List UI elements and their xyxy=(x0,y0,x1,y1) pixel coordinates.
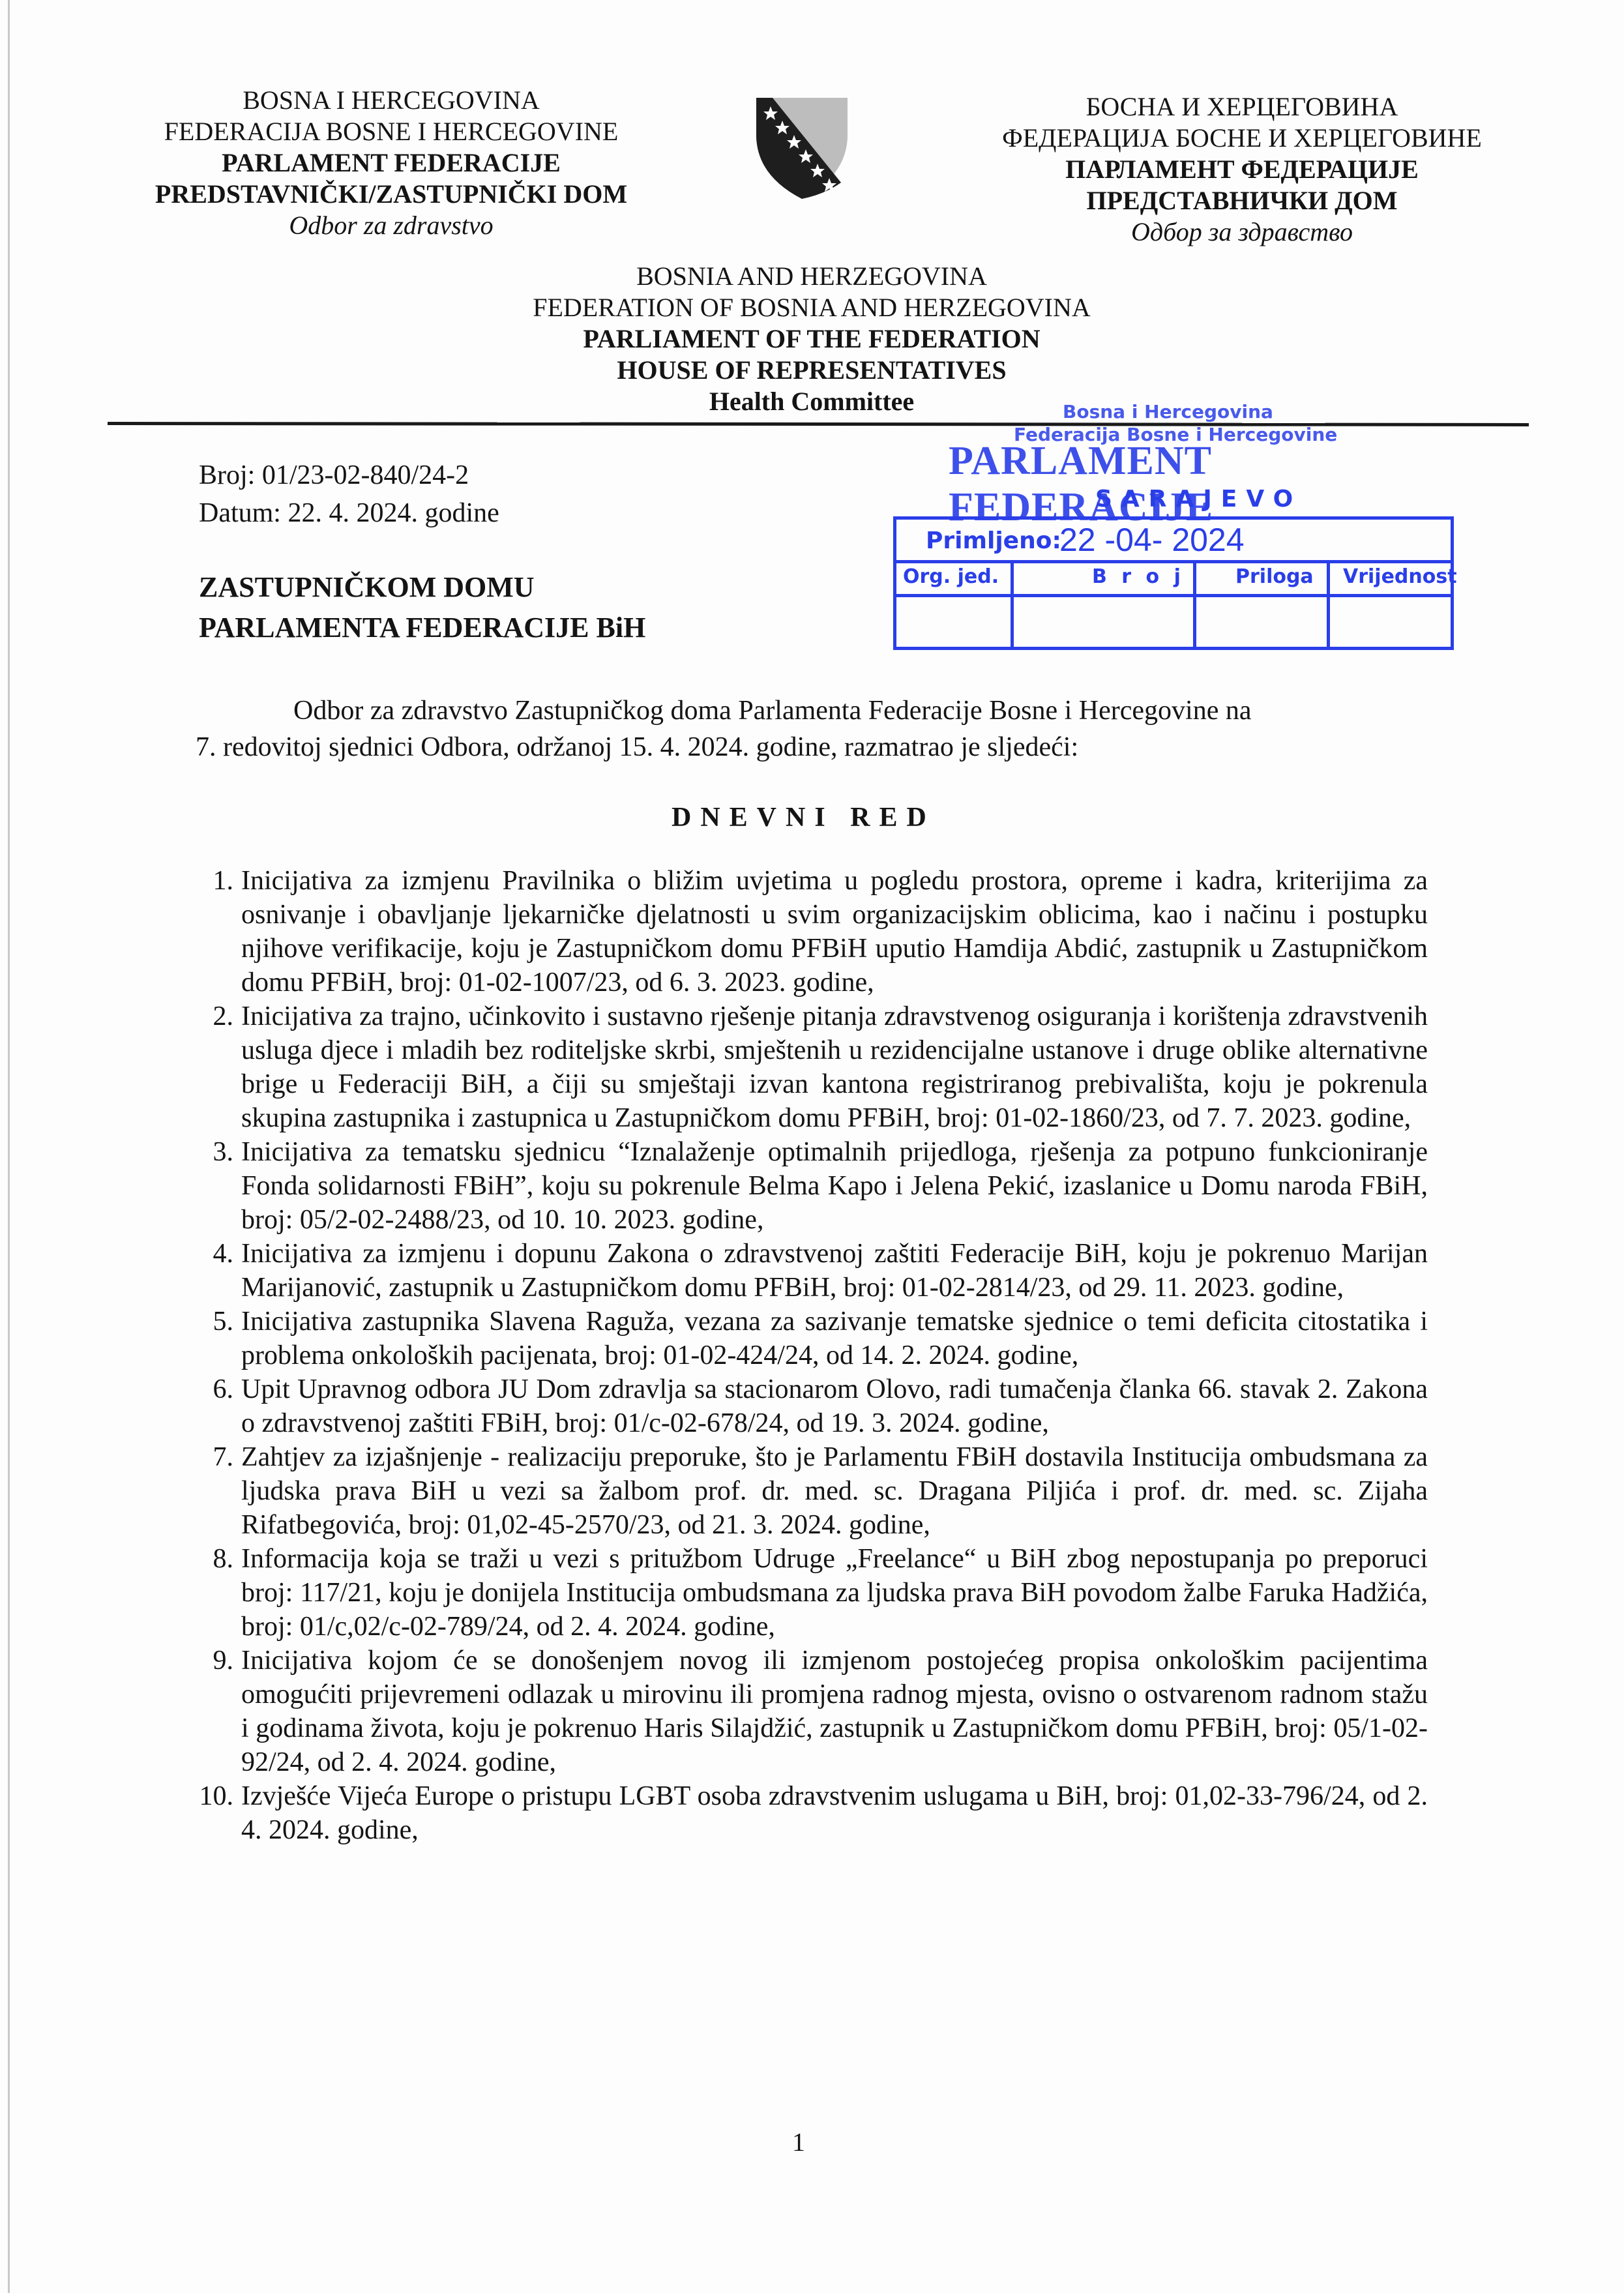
header-right-committee: Одбор за здравство xyxy=(958,216,1526,248)
header-left-committee: Odbor za zdravstvo xyxy=(111,210,672,241)
stamp-received-label: Primljeno: xyxy=(926,527,1061,554)
stamp-received-date: 22 -04- 2024 xyxy=(1059,521,1245,559)
stamp-col-org: Org. jed. xyxy=(903,565,999,588)
stamp-header-row: Org. jed. B r o j Priloga Vrijednost xyxy=(896,560,1451,597)
bih-coat-of-arms-icon xyxy=(743,85,861,202)
stamp-received-row: Primljeno: 22 -04- 2024 xyxy=(896,520,1451,563)
stamp-col-number: B r o j xyxy=(1092,565,1185,588)
header-right-parliament: ПАРЛАМЕНТ ФЕДЕРАЦИЈЕ xyxy=(958,154,1526,185)
header-right-country: БОСНА И ХЕРЦЕГОВИНА xyxy=(958,91,1526,123)
header-right-federation: ФЕДЕРАЦИЈА БОСНЕ И ХЕРЦЕГОВИНЕ xyxy=(958,123,1526,154)
agenda-item: 7.Zahtjev za izjašnjenje - realizaciju p… xyxy=(196,1440,1428,1542)
stamp-city: SARAJEVO xyxy=(1095,486,1302,512)
agenda-item: 6.Upit Upravnog odbora JU Dom zdravlja s… xyxy=(196,1372,1428,1440)
header-center-parliament: PARLIAMENT OF THE FEDERATION xyxy=(424,323,1200,355)
intro-line1: Odbor za zdravstvo Zastupničkog doma Par… xyxy=(196,692,1434,729)
agenda-item: 2.Inicijativa za trajno, učinkovito i su… xyxy=(196,999,1428,1135)
addressee-line1: ZASTUPNIČKOM DOMU xyxy=(199,567,645,608)
agenda-item: 5.Inicijativa zastupnika Slavena Raguža,… xyxy=(196,1305,1428,1372)
header-left-house: PREDSTAVNIČKI/ZASTUPNIČKI DOM xyxy=(111,179,672,210)
header-left: BOSNA I HERCEGOVINA FEDERACIJA BOSNE I H… xyxy=(111,85,672,241)
header-left-country: BOSNA I HERCEGOVINA xyxy=(111,85,672,116)
agenda-item: 4.Inicijativa za izmjenu i dopunu Zakona… xyxy=(196,1237,1428,1305)
header-right: БОСНА И ХЕРЦЕГОВИНА ФЕДЕРАЦИЈА БОСНЕ И Х… xyxy=(958,91,1526,248)
agenda-list: 1.Inicijativa za izmjenu Pravilnika o bl… xyxy=(196,864,1428,1847)
intro-paragraph: Odbor za zdravstvo Zastupničkog doma Par… xyxy=(196,692,1434,765)
stamp-grid: Primljeno: 22 -04- 2024 Org. jed. B r o … xyxy=(893,516,1454,650)
header-center-federation: FEDERATION OF BOSNIA AND HERZEGOVINA xyxy=(424,292,1200,323)
addressee-line2: PARLAMENTA FEDERACIJE BiH xyxy=(199,608,645,648)
header-center: BOSNIA AND HERZEGOVINA FEDERATION OF BOS… xyxy=(424,261,1200,417)
agenda-item: 8.Informacija koja se traži u vezi s pri… xyxy=(196,1542,1428,1644)
header-right-house: ПРЕДСТАВНИЧКИ ДОМ xyxy=(958,185,1526,216)
page-number: 1 xyxy=(792,2127,805,2157)
stamp-col-value: Vrijednost xyxy=(1343,565,1457,588)
agenda-item: 3.Inicijativa za tematsku sjednicu “Izna… xyxy=(196,1135,1428,1237)
reception-stamp: Bosna i Hercegovina Federacija Bosne i H… xyxy=(887,398,1460,652)
header-left-federation: FEDERACIJA BOSNE I HERCEGOVINE xyxy=(111,116,672,147)
addressee: ZASTUPNIČKOM DOMU PARLAMENTA FEDERACIJE … xyxy=(199,567,645,648)
agenda-title: DNEVNI RED xyxy=(672,802,936,833)
agenda-item: 9.Inicijativa kojom će se donošenjem nov… xyxy=(196,1644,1428,1779)
scan-edge xyxy=(8,0,10,2293)
stamp-country: Bosna i Hercegovina xyxy=(1063,401,1273,422)
agenda-item: 1.Inicijativa za izmjenu Pravilnika o bl… xyxy=(196,864,1428,999)
reference-number: Broj: 01/23-02-840/24-2 xyxy=(199,456,499,494)
stamp-col-attachments: Priloga xyxy=(1235,565,1314,588)
agenda-item: 10.Izvješće Vijeća Europe o pristupu LGB… xyxy=(196,1779,1428,1847)
reference-date: Datum: 22. 4. 2024. godine xyxy=(199,494,499,532)
intro-line2: 7. redovitoj sjednici Odbora, održanoj 1… xyxy=(196,729,1434,765)
document-reference: Broj: 01/23-02-840/24-2 Datum: 22. 4. 20… xyxy=(199,456,499,532)
header-center-house: HOUSE OF REPRESENTATIVES xyxy=(424,355,1200,386)
header-left-parliament: PARLAMENT FEDERACIJE xyxy=(111,147,672,179)
header-center-country: BOSNIA AND HERZEGOVINA xyxy=(424,261,1200,292)
